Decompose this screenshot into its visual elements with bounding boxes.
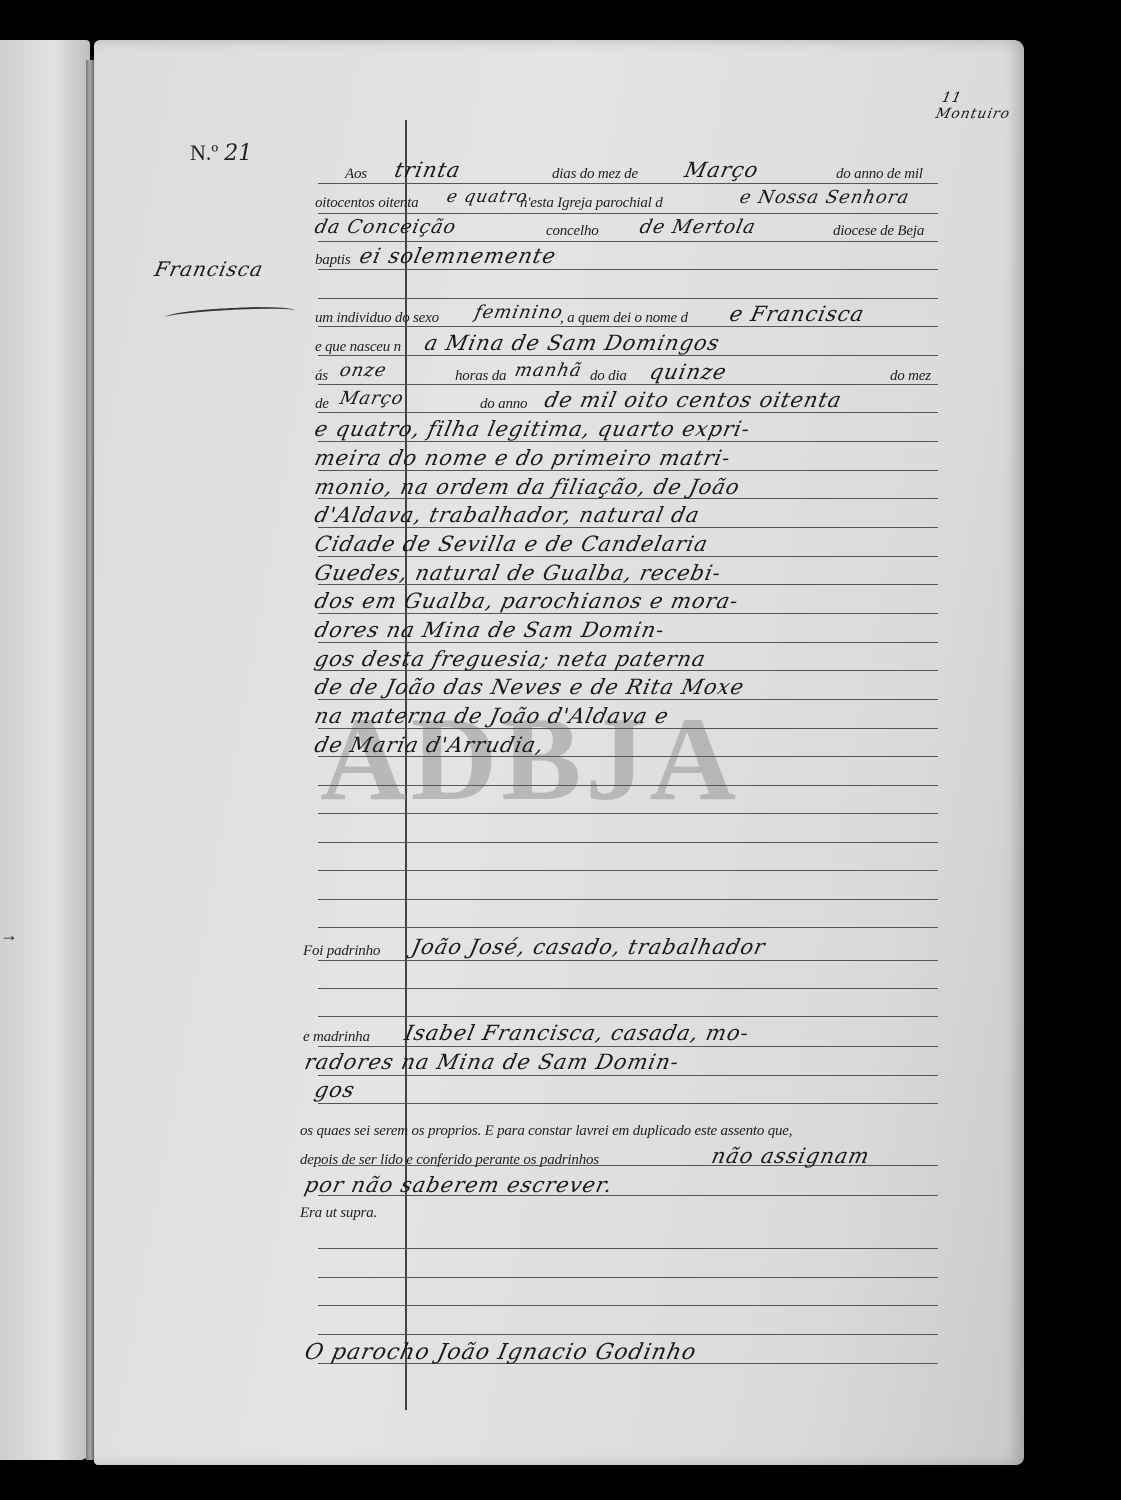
ruled-line bbox=[318, 870, 938, 871]
ruled-line bbox=[318, 960, 938, 961]
left-page-mark: → bbox=[0, 925, 18, 946]
printed-text: concelho bbox=[546, 223, 599, 240]
era-ut-supra: Era ut supra. bbox=[300, 1205, 377, 1222]
handwritten-parish-cont: da Conceição bbox=[313, 216, 459, 238]
printed-text: oitocentos oitenta bbox=[315, 195, 418, 212]
book-gutter bbox=[86, 60, 94, 1460]
printed-text: dias do mez de bbox=[552, 166, 638, 183]
ruled-line bbox=[318, 842, 938, 843]
record-number: N.º21 bbox=[190, 140, 252, 166]
ruled-line bbox=[318, 298, 938, 299]
handwritten-year: e quatro bbox=[445, 187, 530, 207]
handwritten-line: na materna de João d'Aldava e bbox=[312, 704, 671, 728]
printed-text: do anno bbox=[480, 396, 527, 413]
ruled-line bbox=[318, 412, 938, 413]
madrinha-label: e madrinha bbox=[303, 1029, 370, 1046]
printed-text: um individuo do sexo bbox=[315, 310, 439, 327]
handwritten-concelho: de Mertola bbox=[638, 216, 758, 238]
handwritten-line: Guedes, natural de Gualba, recebi- bbox=[312, 561, 723, 585]
ruled-line bbox=[318, 699, 938, 700]
handwritten-day: trinta bbox=[392, 158, 463, 182]
handwritten-name: e Francisca bbox=[727, 302, 866, 326]
ruled-line bbox=[318, 785, 938, 786]
record-number-value: 21 bbox=[224, 141, 252, 166]
ruled-line bbox=[318, 988, 938, 989]
madrinha-name: Isabel Francisca, casada, mo- bbox=[402, 1021, 751, 1045]
handwritten-line: monio, na ordem da filiação, de João bbox=[312, 475, 742, 499]
handwritten-baptism: ei solemnemente bbox=[357, 244, 558, 268]
printed-text: do mez bbox=[890, 368, 931, 385]
ruled-line bbox=[318, 1075, 938, 1076]
ruled-line bbox=[318, 441, 938, 442]
ruled-line bbox=[318, 556, 938, 557]
padrinho-label: Foi padrinho bbox=[303, 943, 380, 960]
printed-text: n'esta Igreja parochial d bbox=[520, 195, 663, 212]
handwritten-period: manhã bbox=[513, 360, 584, 381]
handwritten-line: dos em Gualba, parochianos e mora- bbox=[312, 589, 741, 613]
printed-text: Aos bbox=[345, 166, 367, 183]
ruled-line bbox=[318, 470, 938, 471]
ruled-line bbox=[318, 1016, 938, 1017]
closing-text: depois de ser lido e conferido perante o… bbox=[300, 1152, 599, 1169]
handwritten-birth-day: quinze bbox=[647, 360, 729, 384]
ruled-line bbox=[318, 1305, 938, 1306]
ruled-line bbox=[318, 728, 938, 729]
ruled-line bbox=[318, 183, 938, 184]
ruled-line bbox=[318, 384, 938, 385]
handwritten-month: Março bbox=[682, 158, 761, 182]
page-number: 11 bbox=[940, 90, 963, 106]
handwritten-parish: e Nossa Senhora bbox=[738, 187, 912, 208]
ruled-line bbox=[318, 1103, 938, 1104]
handwritten-sex: feminino bbox=[473, 302, 565, 323]
record-number-label: N.º bbox=[190, 140, 218, 165]
handwritten-line: de Maria d'Arrudia, bbox=[312, 733, 546, 757]
handwritten-birth-month: Março bbox=[338, 388, 406, 409]
page-note: Montuiro bbox=[934, 106, 1011, 122]
handwritten-birthplace: a Mina de Sam Domingos bbox=[422, 331, 722, 355]
ruled-line bbox=[318, 813, 938, 814]
madrinha-residence-cont: gos bbox=[312, 1078, 357, 1102]
printed-text: diocese de Beja bbox=[833, 223, 924, 240]
priest-signature: O parocho João Ignacio Godinho bbox=[302, 1340, 699, 1365]
printed-text: baptis bbox=[315, 252, 350, 269]
ruled-line bbox=[318, 269, 938, 270]
handwritten-line: meira do nome e do primeiro matri- bbox=[312, 446, 733, 470]
handwritten-line: dores na Mina de Sam Domin- bbox=[312, 618, 667, 642]
closing-text: os quaes sei serem os proprios. E para c… bbox=[300, 1123, 792, 1140]
printed-text: horas da bbox=[455, 368, 506, 385]
margin-name: Francisca bbox=[152, 257, 265, 281]
padrinho-name: João José, casado, trabalhador bbox=[409, 935, 767, 959]
handwritten-line: de de João das Neves e de Rita Moxe bbox=[312, 675, 746, 699]
ruled-line bbox=[318, 927, 938, 928]
printed-text: , a quem dei o nome d bbox=[560, 310, 688, 327]
printed-text: do anno de mil bbox=[836, 166, 923, 183]
ruled-line bbox=[318, 213, 938, 214]
madrinha-residence: radores na Mina de Sam Domin- bbox=[302, 1050, 681, 1074]
ruled-line bbox=[318, 642, 938, 643]
handwritten-birth-year: de mil oito centos oitenta bbox=[542, 388, 844, 412]
ruled-line bbox=[318, 1277, 938, 1278]
ruled-line bbox=[318, 1334, 938, 1335]
ruled-line bbox=[318, 355, 938, 356]
handwritten-closing: não assignam bbox=[709, 1144, 872, 1168]
printed-text: e que nasceu n bbox=[315, 339, 401, 356]
ruled-line bbox=[318, 1046, 938, 1047]
ruled-line bbox=[318, 899, 938, 900]
handwritten-closing-cont: por não saberem escrever. bbox=[302, 1173, 615, 1197]
ruled-line bbox=[318, 1248, 938, 1249]
handwritten-line: d'Aldava, trabalhador, natural da bbox=[312, 503, 702, 527]
handwritten-line: e quatro, filha legitima, quarto expri- bbox=[312, 417, 752, 441]
ruled-line bbox=[318, 527, 938, 528]
ruled-line bbox=[318, 241, 938, 242]
handwritten-line: gos desta freguesia; neta paterna bbox=[312, 647, 708, 671]
printed-text: de bbox=[315, 396, 329, 413]
handwritten-hour: onze bbox=[338, 360, 389, 381]
ruled-line bbox=[318, 613, 938, 614]
left-page-edge bbox=[0, 40, 90, 1460]
printed-text: do dia bbox=[590, 368, 627, 385]
handwritten-line: Cidade de Sevilla e de Candelaria bbox=[312, 532, 710, 556]
printed-text: ás bbox=[315, 368, 328, 385]
